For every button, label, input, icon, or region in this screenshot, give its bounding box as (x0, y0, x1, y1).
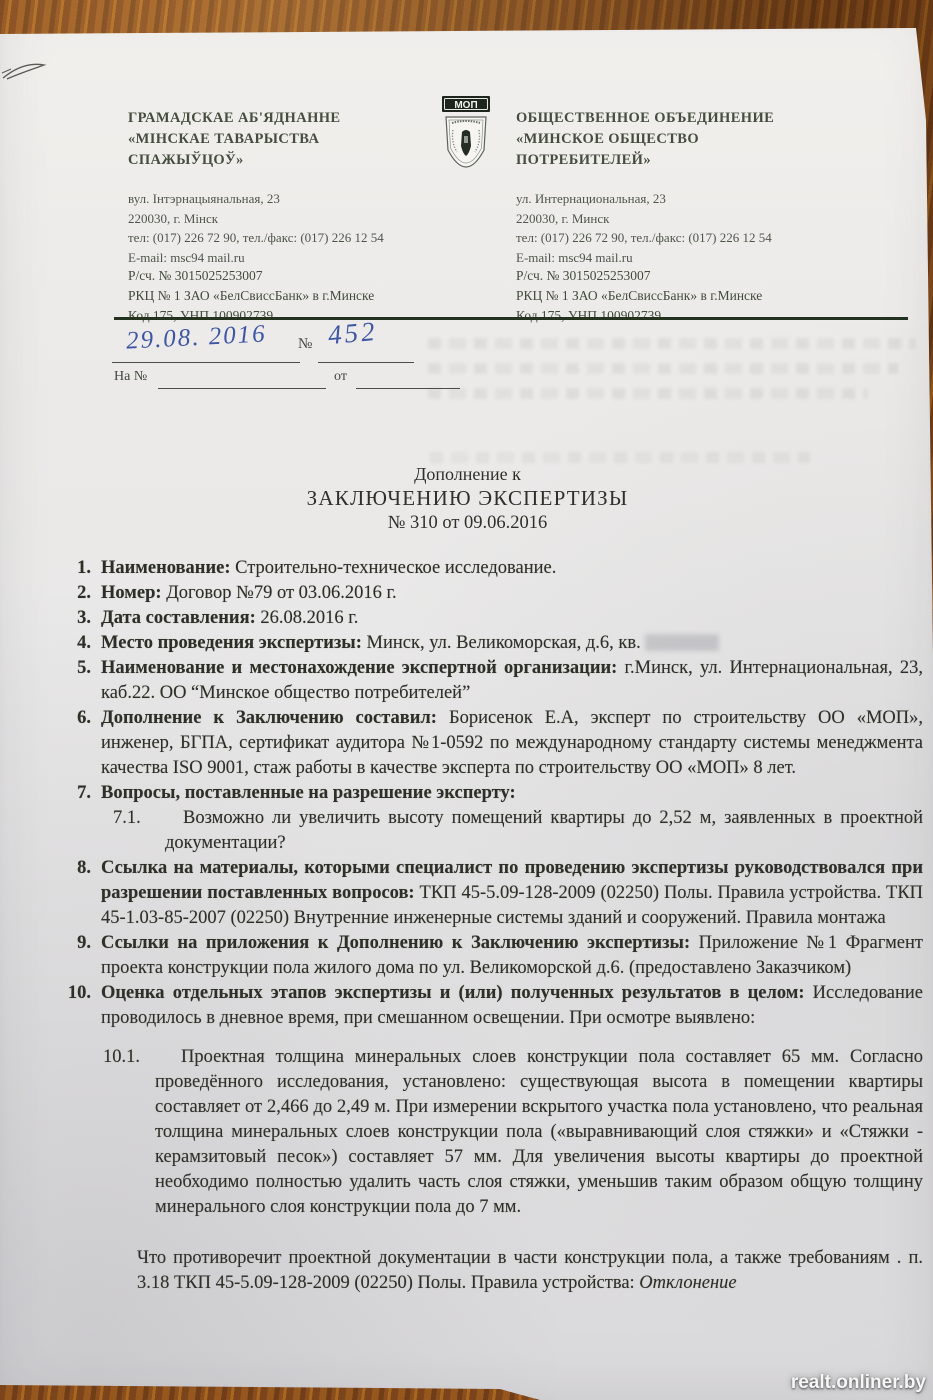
document-page: ГРАМАДСКАЕ АБ'ЯДНАННЕ «МІНСКАЕ ТАВАРЫСТВ… (0, 0, 933, 1400)
item-label: Номер: (101, 583, 162, 603)
item-label: Наименование: (101, 558, 231, 578)
redacted-apartment-number (645, 634, 719, 651)
bank-line: Р/сч. № 3015025253007 (516, 266, 906, 286)
list-item-7: 7. Вопросы, поставленные на разрешение э… (55, 781, 923, 806)
closing-text: Что противоречит проектной документации … (137, 1248, 923, 1293)
address-block-belarusian: вул. Інтэрнацыянальная, 23 220030, г. Мі… (128, 189, 518, 267)
address-line: 220030, г. Минск (516, 209, 906, 229)
number-sign-label: № (298, 336, 312, 353)
bleedthrough-text (428, 363, 898, 374)
org-name-russian: ОБЩЕСТВЕННОЕ ОБЪЕДИНЕНИЕ «МИНСКОЕ ОБЩЕСТ… (516, 108, 846, 171)
item-number: 7. (55, 781, 91, 806)
address-block-russian: ул. Интернациональная, 23 220030, г. Мин… (516, 189, 906, 267)
closing-paragraph: Что противоречит проектной документации … (137, 1246, 923, 1296)
na-number-label: На № (114, 369, 147, 385)
item-label: Дополнение к Заключению составил: (101, 708, 437, 728)
list-item-10: 10. Оценка отдельных этапов экспертизы и… (55, 981, 923, 1031)
item-number: 3. (55, 606, 91, 631)
na-underline (158, 388, 326, 389)
item-label: Оценка отдельных этапов экспертизы и (ил… (101, 983, 805, 1003)
address-line: ул. Интернациональная, 23 (516, 189, 906, 209)
sub-item-10-1: 10.1. Проектная толщина минеральных слое… (103, 1045, 923, 1220)
item-number: 6. (55, 706, 91, 731)
bank-line: РКЦ № 1 ЗАО «БелСвиссБанк» в г.Минске (128, 286, 518, 306)
org-line: ПОТРЕБИТЕЛЕЙ» (516, 150, 846, 171)
address-line: 220030, г. Мінск (128, 209, 518, 229)
number-underline (318, 362, 414, 363)
list-item-4: 4. Место проведения экспертизы: Минск, у… (55, 631, 923, 656)
title-line-3: № 310 от 09.06.2016 (60, 511, 875, 536)
mop-shield-logo: МОП (438, 96, 494, 188)
list-item-9: 9. Ссылки на приложения к Дополнению к З… (55, 931, 923, 981)
handwritten-date: 29.08. 2016 (125, 320, 267, 355)
org-line: ГРАМАДСКАЕ АБ'ЯДНАННЕ (128, 108, 458, 129)
title-line-1: Дополнение к (60, 462, 875, 486)
address-line: тел: (017) 226 72 90, тел./факс: (017) 2… (128, 228, 518, 248)
address-line: тел: (017) 226 72 90, тел./факс: (017) 2… (516, 228, 906, 248)
title-line-2: ЗАКЛЮЧЕНИЮ ЭКСПЕРТИЗЫ (60, 486, 875, 511)
date-underline (112, 362, 300, 363)
list-item-8: 8. Ссылка на материалы, которыми специал… (55, 856, 923, 931)
list-item-2: 2. Номер: Договор №79 от 03.06.2016 г. (55, 581, 923, 606)
sub-item-text: Проектная толщина минеральных слоев конс… (155, 1047, 923, 1217)
sub-item-number: 10.1. (103, 1045, 140, 1070)
document-body: 1. Наименование: Строительно-техническое… (55, 556, 923, 1296)
closing-italic-term: Отклонение (639, 1273, 736, 1293)
bank-line: РКЦ № 1 ЗАО «БелСвиссБанк» в г.Минске (516, 286, 906, 306)
handwritten-number: 452 (327, 316, 379, 351)
org-line: ОБЩЕСТВЕННОЕ ОБЪЕДИНЕНИЕ (516, 108, 846, 129)
logo-text: МОП (454, 100, 477, 111)
item-number: 8. (55, 856, 91, 881)
sub-item-text: Возможно ли увеличить высоту помещений к… (165, 808, 923, 853)
address-line: вул. Інтэрнацыянальная, 23 (128, 189, 518, 209)
sub-item-number: 7.1. (113, 806, 141, 831)
bleedthrough-text (428, 338, 916, 349)
document-title: Дополнение к ЗАКЛЮЧЕНИЮ ЭКСПЕРТИЗЫ № 310… (60, 462, 875, 536)
pen-scribble-mark (0, 48, 95, 90)
item-text: 26.08.2016 г. (260, 608, 358, 628)
item-text: Строительно-техническое исследование. (235, 558, 556, 578)
item-label: Ссылки на приложения к Дополнению к Закл… (101, 933, 690, 953)
org-line: СПАЖЫЎЦОЎ» (128, 150, 458, 171)
org-line: «МІНСКАЕ ТАВАРЫСТВА (128, 129, 458, 150)
item-number: 4. (55, 631, 91, 656)
list-item-6: 6. Дополнение к Заключению составил: Бор… (55, 706, 923, 781)
address-line: E-mail: msc94 mail.ru (128, 248, 518, 268)
bleedthrough-text (428, 388, 868, 399)
list-item-3: 3. Дата составления: 26.08.2016 г. (55, 606, 923, 631)
item-text: Договор №79 от 03.06.2016 г. (166, 583, 396, 603)
item-number: 2. (55, 581, 91, 606)
item-label: Место проведения экспертизы: (101, 633, 362, 653)
ot-label: от (334, 369, 347, 385)
item-label: Наименование и местонахождение экспертно… (101, 658, 617, 678)
list-item-1: 1. Наименование: Строительно-техническое… (55, 556, 923, 581)
item-number: 5. (55, 656, 91, 681)
item-number: 1. (55, 556, 91, 581)
org-name-belarusian: ГРАМАДСКАЕ АБ'ЯДНАННЕ «МІНСКАЕ ТАВАРЫСТВ… (128, 108, 458, 171)
sub-item-7-1: 7.1. Возможно ли увеличить высоту помеще… (113, 806, 923, 856)
bank-line: Код 175, УНП 100902739 (516, 306, 906, 326)
letterhead-separator-line (114, 317, 908, 320)
item-text: Минск, ул. Великоморская, д.6, кв. (367, 633, 641, 653)
item-number: 9. (55, 931, 91, 956)
bank-line: Р/сч. № 3015025253007 (128, 266, 518, 286)
list-item-5: 5. Наименование и местонахождение экспер… (55, 656, 923, 706)
item-label: Вопросы, поставленные на разрешение эксп… (101, 783, 516, 803)
item-number: 10. (55, 981, 91, 1006)
address-line: E-mail: msc94 mail.ru (516, 248, 906, 268)
item-label: Дата составления: (101, 608, 256, 628)
site-watermark: realt.onliner.by (791, 1372, 926, 1394)
org-line: «МИНСКОЕ ОБЩЕСТВО (516, 129, 846, 150)
